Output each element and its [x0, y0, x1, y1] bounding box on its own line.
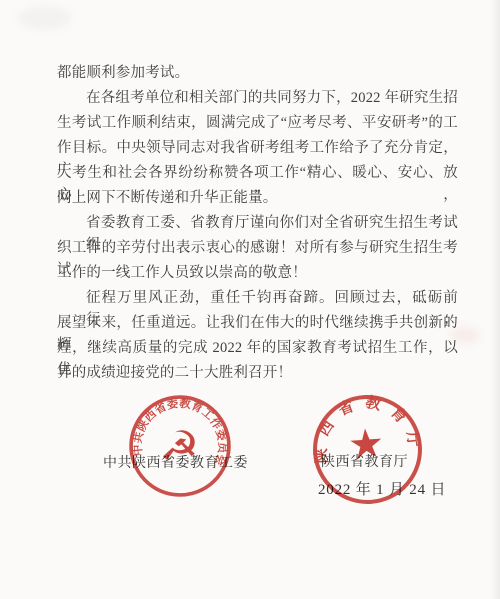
body-line: 展望未来，任重道远。让我们在伟大的时代继续携手共创新的辉 [57, 312, 458, 337]
body-line: 大考生和社会各界纷纷称赞各项工作“精心、暖心、安心、放心”， [57, 162, 458, 187]
body-line: 征程万里风正劲，重任千钧再奋蹄。回顾过去，砥砺前行； [57, 287, 458, 312]
body-line: 作目标。中央领导同志对我省研考组考工作给予了充分肯定，广 [57, 137, 458, 162]
body-line: 异的成绩迎接党的二十大胜利召开！ [57, 362, 458, 387]
hammer-sickle-icon: ☭ [158, 420, 202, 474]
body-line: 生考试工作顺利结束，圆满完成了“应考尽考、平安研考”的工 [57, 112, 458, 137]
body-line: 工作的一线工作人员致以崇高的敬意！ [57, 262, 458, 287]
scanned-letter-page: 都能顺利参加考试。 在各组考单位和相关部门的共同努力下，2022 年研究生招 生… [0, 0, 500, 599]
body-line: 煌，继续高质量的完成 2022 年的国家教育考试招生工作，以优 [57, 337, 458, 362]
scan-smudge [18, 6, 72, 30]
body-line: 网上网下不断传递和升华正能量。 [57, 187, 458, 212]
scan-edge-shadow [490, 0, 500, 599]
body-line: 在各组考单位和相关部门的共同努力下，2022 年研究生招 [57, 87, 458, 112]
star-icon: ★ [346, 419, 385, 468]
body-line: 省委教育工委、省教育厅谨向你们对全省研究生招生考试组 [57, 212, 458, 237]
body-line: 都能顺利参加考试。 [57, 62, 458, 87]
left-official-seal: 中共陕西省委教育工作委员会 ☭ [121, 387, 239, 505]
right-official-seal: 陕西省教育厅 ★ [307, 389, 428, 510]
body-line: 织工作的辛劳付出表示衷心的感谢！对所有参与研究生招生考试 [57, 237, 458, 262]
